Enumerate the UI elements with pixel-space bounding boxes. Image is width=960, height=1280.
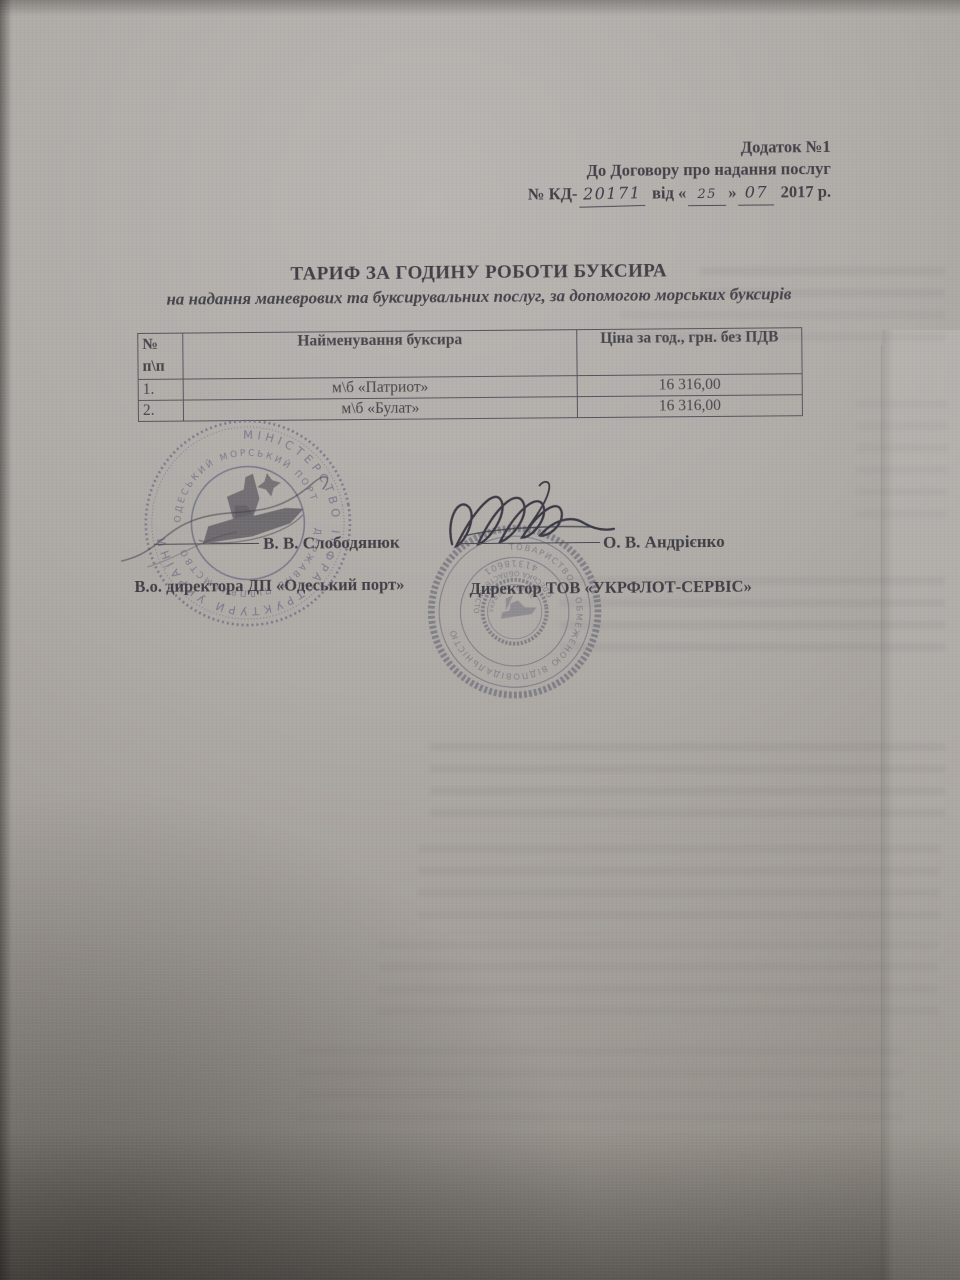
handwritten-contract-number: 20171: [579, 182, 646, 207]
tariff-table: № п\п Найменування буксира Ціна за год.,…: [137, 327, 803, 422]
column-header-number: № п\п: [138, 333, 183, 379]
signer-name-left: В. В. Слободянюк: [263, 533, 400, 554]
document-photo: Додаток №1 До Договору про надання послу…: [0, 0, 960, 1280]
handwritten-month: 07: [738, 181, 774, 205]
signer-name-right: О. В. Андрієнко: [603, 532, 725, 553]
column-header-name: Найменування буксира: [183, 330, 577, 379]
close-quote: »: [728, 183, 736, 202]
from-word: від: [652, 183, 674, 202]
table-header-row: № п\п Найменування буксира Ціна за год.,…: [138, 328, 802, 380]
header-block: Додаток №1 До Договору про надання послу…: [431, 136, 832, 208]
document-content: Додаток №1 До Договору про надання послу…: [0, 0, 960, 1280]
number-prefix: № КД-: [528, 184, 578, 203]
contract-number-line: № КД-20171 від «25»07 2017 р.: [431, 181, 831, 208]
handwritten-day: 25: [688, 186, 726, 206]
signer-title-right: Директор ТОВ «УКРФЛОТ-СЕРВІС»: [469, 577, 752, 599]
director-signature: [444, 477, 625, 565]
column-header-price: Ціна за год., грн. без ПДВ: [577, 328, 802, 376]
open-quote: «: [678, 183, 686, 202]
year-text: 2017 р.: [780, 182, 831, 201]
signer-title-left: В.о. директора ДП «Одеський порт»: [134, 575, 404, 597]
document-subtitle: на надання маневрових та буксирувальних …: [0, 283, 959, 311]
